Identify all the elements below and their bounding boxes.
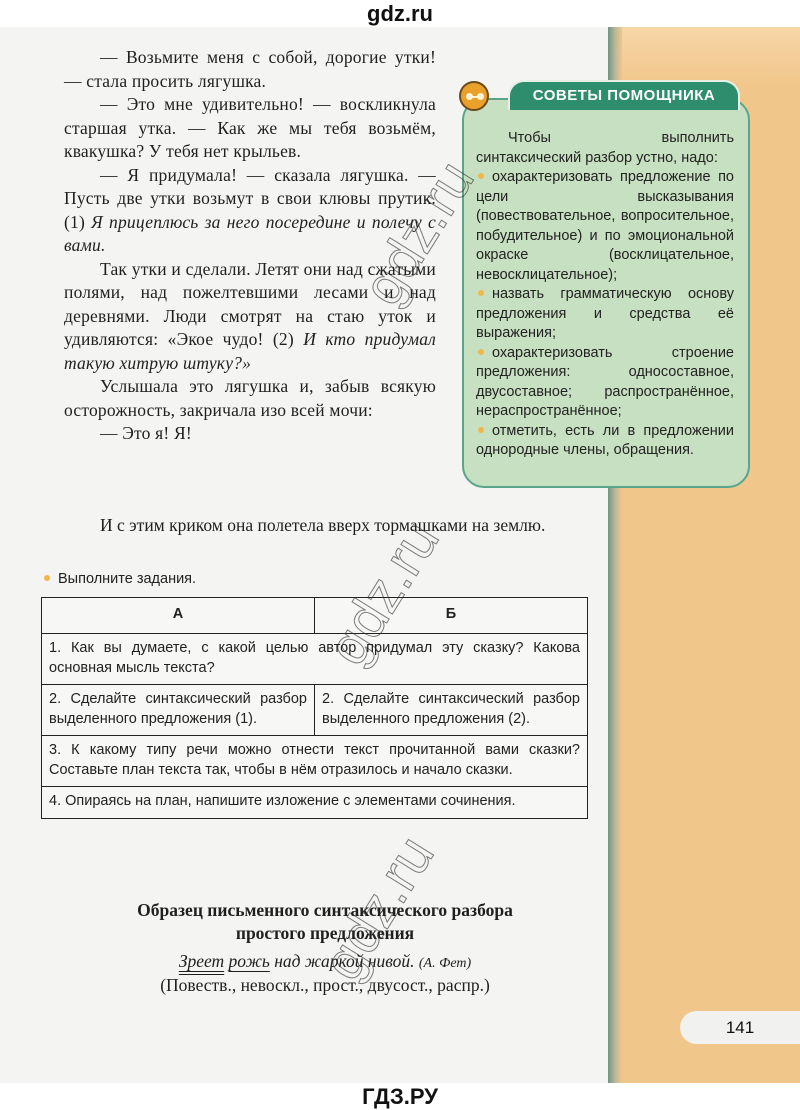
bullet-icon xyxy=(478,427,484,433)
tasks-intro: Выполните задания. xyxy=(44,571,196,587)
tips-item: отметить, есть ли в предложении однородн… xyxy=(476,422,734,461)
story-paragraph: И с этим криком она полетела вверх торма… xyxy=(64,514,586,538)
column-header-a: А xyxy=(42,598,315,634)
bullet-icon xyxy=(478,290,484,296)
story-paragraph: Так утки и сделали. Летят они над сжатым… xyxy=(64,258,436,376)
subject: рожь xyxy=(229,951,270,971)
tips-intro: Чтобы выполнить синтаксический разбор ус… xyxy=(476,129,734,168)
task-3: 3. К какому типу речи можно отнести текс… xyxy=(42,736,588,787)
tips-helper-icon xyxy=(459,81,489,111)
site-header: gdz.ru xyxy=(0,0,800,27)
column-header-b: Б xyxy=(315,598,588,634)
table-row: 4. Опираясь на план, напишите изложение … xyxy=(42,787,588,819)
table-row: 3. К какому типу речи можно отнести текс… xyxy=(42,736,588,787)
task-1: 1. Как вы думаете, с какой целью автор п… xyxy=(42,634,588,685)
table-header-row: А Б xyxy=(42,598,588,634)
bullet-icon xyxy=(478,173,484,179)
tips-content: Чтобы выполнить синтаксический разбор ус… xyxy=(476,129,734,461)
site-footer: ГДЗ.РУ xyxy=(0,1083,800,1110)
highlighted-sentence-1: Я прицеплюсь за него посередине и полечу… xyxy=(64,212,436,256)
tips-item: охарактеризовать строение предложения: о… xyxy=(476,344,734,422)
tips-item: назвать грамматическую основу предложени… xyxy=(476,285,734,344)
story-ending: И с этим криком она полетела вверх торма… xyxy=(64,514,586,538)
story-paragraph: — Возьмите меня с собой, дорогие утки! —… xyxy=(64,46,436,93)
tasks-table: А Б 1. Как вы думаете, с какой целью авт… xyxy=(41,597,588,819)
task-2a: 2. Сделайте синтаксический разбор выделе… xyxy=(42,685,315,736)
story-paragraph: — Это я! Я! xyxy=(64,422,436,446)
story-text: — Возьмите меня с собой, дорогие утки! —… xyxy=(64,46,436,446)
sample-author: (А. Фет) xyxy=(419,956,471,971)
tips-title: СОВЕТЫ ПОМОЩНИКА xyxy=(508,80,740,110)
task-4: 4. Опираясь на план, напишите изложение … xyxy=(42,787,588,819)
predicate: Зреет xyxy=(179,951,224,971)
sample-title: Образец письменного синтаксического разб… xyxy=(60,899,590,945)
table-row: 1. Как вы думаете, с какой целью автор п… xyxy=(42,634,588,685)
bullet-icon xyxy=(44,575,50,581)
story-paragraph: — Я придумала! — сказала лягушка. — Пуст… xyxy=(64,164,436,258)
page-number: 141 xyxy=(680,1011,800,1044)
sample-sentence: Зреет рожь над жаркой нивой. (А. Фет) xyxy=(60,951,590,972)
story-paragraph: Услышала это лягушка и, забыв всякую ост… xyxy=(64,375,436,422)
story-paragraph: — Это мне удивительно! — воскликнула ста… xyxy=(64,93,436,164)
tips-item: охарактеризовать предложение по цели выс… xyxy=(476,168,734,285)
sample-analysis: (Повеств., невоскл., прост., двусост., р… xyxy=(60,975,590,996)
side-band-top xyxy=(608,27,800,87)
table-row: 2. Сделайте синтаксический разбор выделе… xyxy=(42,685,588,736)
sentence-rest: над жаркой нивой. xyxy=(270,951,415,971)
task-2b: 2. Сделайте синтаксический разбор выделе… xyxy=(315,685,588,736)
bullet-icon xyxy=(478,349,484,355)
